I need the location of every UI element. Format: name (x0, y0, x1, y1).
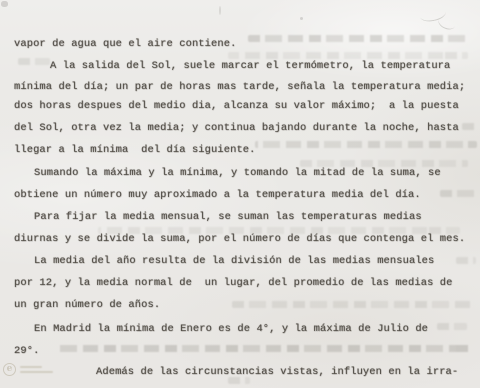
text-line-2: A la salida del Sol, suele marcar el ter… (50, 60, 450, 72)
text-line-4: dos horas despues del medio dia, alcanza… (14, 100, 459, 112)
ghost-text-line (228, 52, 468, 59)
text-line-13: un gran número de años. (14, 299, 160, 311)
text-line-3: mínima del día; un par de horas mas tard… (14, 81, 465, 93)
text-line-14: En Madrid la mínima de Enero es de 4°, y… (34, 323, 428, 335)
text-line-11: La media del año resulta de la división … (34, 255, 434, 267)
text-line-6: llegar a la mínima del día siguiente. (14, 144, 256, 156)
ghost-text-line (255, 141, 477, 148)
scan-speck (219, 6, 221, 15)
ghost-text-line (57, 345, 470, 352)
text-line-1: vapor de agua que el aire contiene. (14, 38, 236, 50)
scan-speck (300, 17, 303, 20)
ghost-text-line (300, 160, 468, 167)
ghost-text-line (248, 35, 466, 42)
ghost-text-line (440, 190, 476, 197)
watermark-text-line (20, 371, 53, 374)
watermark-logo-icon: e (3, 363, 16, 376)
ghost-text-line (18, 58, 50, 65)
ghost-text-line (437, 323, 467, 330)
ghost-text-line (98, 227, 460, 234)
text-line-16: Además de las circunstancias vistas, inf… (96, 366, 458, 378)
text-line-8: obtiene un número muy aproximado a la te… (14, 189, 421, 201)
watermark: e (3, 363, 53, 376)
scan-scratch (436, 13, 458, 32)
ghost-text-line (228, 377, 250, 384)
text-line-7: Sumando la máxima y la mínima, y tomando… (34, 167, 441, 179)
text-line-9: Para fijar la media mensual, se suman la… (34, 211, 422, 223)
watermark-text-line (20, 366, 42, 369)
text-line-15: 29°. (14, 345, 39, 357)
scan-speck (1, 1, 8, 7)
text-line-12: por 12, y la media normal de un lugar, d… (14, 277, 453, 289)
text-line-5: del Sol, otra vez la media; y continua b… (14, 122, 459, 134)
text-line-10: diurnas y se divide la suma, por el núme… (14, 233, 465, 245)
ghost-text-line (232, 301, 472, 308)
watermark-text (20, 366, 53, 374)
ghost-text-line (456, 257, 476, 264)
ghost-text-line (462, 123, 476, 130)
scanned-page: vapor de agua que el aire contiene.A la … (0, 0, 480, 388)
